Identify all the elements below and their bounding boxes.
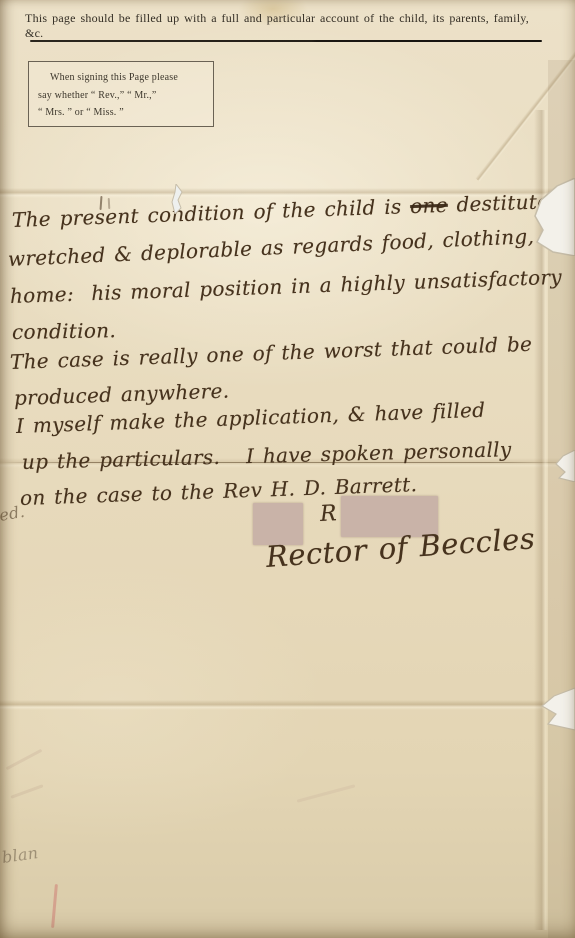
- bleed-through-mark: [6, 749, 43, 770]
- red-pencil-mark: [51, 884, 58, 928]
- torn-edge-bottom-right: [540, 686, 575, 732]
- handwriting-line-1-post: destitute: [447, 189, 549, 217]
- handwriting-line-4: condition.: [12, 318, 116, 344]
- left-margin-fragment: led.: [0, 502, 26, 526]
- header-rule: [30, 40, 542, 42]
- signing-note-box: When signing this Page please say whethe…: [28, 61, 214, 127]
- note-line-1: When signing this Page please: [38, 69, 204, 87]
- handwriting-line-3: home: his moral position in a highly uns…: [10, 265, 563, 308]
- strikethrough-word: one: [410, 193, 448, 218]
- handwriting-line-6: produced anywhere.: [14, 378, 230, 410]
- signature-initial: R: [319, 501, 337, 527]
- corner-crease: [475, 44, 575, 182]
- note-line-3: “ Mrs. ” or “ Miss. ”: [38, 104, 204, 122]
- bleed-through-mark: [11, 784, 44, 798]
- handwriting-line-2: wretched & deplorable as regards food, c…: [7, 222, 575, 271]
- page-instruction: This page should be filled up with a ful…: [25, 11, 549, 41]
- bottom-margin-fragment: blan: [1, 843, 40, 867]
- bleed-through-mark: [297, 784, 356, 802]
- right-edge-shading: [548, 60, 575, 938]
- fold-crease-bottom: [0, 700, 575, 710]
- handwriting-line-1: The present condition of the child is on…: [12, 189, 550, 232]
- handwriting-line-8: up the particulars. I have spoken person…: [22, 437, 512, 474]
- handwriting-line-1-pre: The present condition of the child is: [12, 194, 411, 232]
- scanned-document-page: This page should be filled up with a ful…: [0, 0, 575, 938]
- note-line-2: say whether “ Rev.,” “ Mr.,”: [38, 87, 204, 105]
- torn-edge-mid-right: [553, 450, 575, 482]
